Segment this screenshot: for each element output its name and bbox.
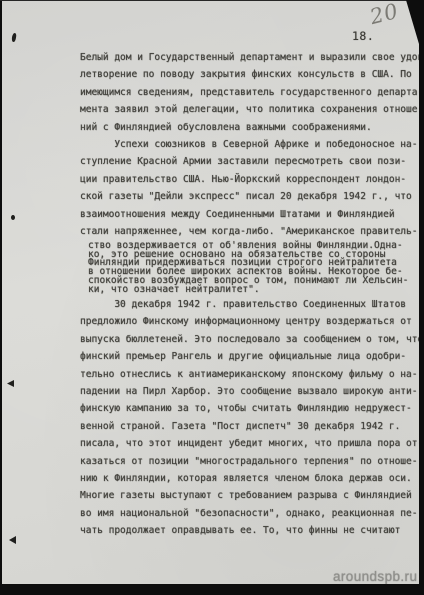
- text-line: ской газеты "Дейли экспресс" писал 20 де…: [80, 188, 424, 205]
- text-line: летворение по поводу закрытия финских ко…: [80, 66, 424, 83]
- scan-edge-right: [419, 0, 424, 595]
- staple-hole-mark-2: [11, 215, 15, 220]
- text-line: имеющимся сведениям, представитель госуд…: [80, 84, 424, 101]
- text-line: чать продолжает оправдывать ее. То, что …: [80, 522, 424, 539]
- text-line: выпуска бюллетеней. Это последовало за с…: [80, 331, 424, 348]
- scanned-document-page: 20 18. Белый дом и Государственный депар…: [0, 0, 424, 595]
- watermark: aroundspb.ru: [333, 569, 417, 584]
- text-line: Успехи союзников в Северной Африке и поб…: [80, 136, 424, 153]
- text-line: финскую кампанию за то, чтобы считать Фи…: [80, 400, 424, 417]
- text-line: падении на Пирл Харбор. Это сообщение вы…: [80, 383, 424, 400]
- text-line: тельно отнеслись к антиамериканскому япо…: [80, 366, 424, 383]
- text-line: финский премьер Рангель и другие официал…: [80, 348, 424, 365]
- text-line: нию к Финляндии, которая является членом…: [80, 470, 424, 487]
- scan-edge-left: [0, 0, 2, 595]
- text-line: ступление Красной Армии заставили пересм…: [80, 153, 424, 170]
- scan-edge-top: [0, 0, 424, 1]
- text-line: ции правительство США. Нью-Йоркский корр…: [80, 171, 424, 188]
- text-line: Белый дом и Государственный департамент …: [80, 49, 424, 66]
- text-line: писала, что этот инцидент убедит многих,…: [80, 435, 424, 452]
- typed-page-number: 18.: [352, 29, 374, 43]
- text-line: во имя национальной "безопасности", одна…: [80, 505, 424, 522]
- paragraph-block-1: Белый дом и Государственный департамент …: [80, 49, 424, 240]
- text-line: взаимоотношения между Соединенными Штата…: [80, 206, 424, 223]
- text-line: предложило Финскому информационному цент…: [80, 313, 424, 330]
- text-line: Многие газеты выступают с требованием ра…: [80, 487, 424, 504]
- text-line: казаться от позиции "многострадального т…: [80, 453, 424, 470]
- text-line: 30 декабря 1942 г. правительство Соедине…: [80, 296, 424, 313]
- scan-edge-bottom: [0, 584, 424, 595]
- text-line: ки, что означает нейтралитет".: [88, 286, 424, 295]
- text-line: мента заявил этой делегации, что политик…: [80, 101, 424, 118]
- text-line: венной страной. Газета "Пост диспетч" 30…: [80, 418, 424, 435]
- quoted-excerpt-block: ство воздерживается от об'явления войны …: [88, 242, 424, 294]
- text-line: стали напряженнее, чем когда-либо. "Амер…: [80, 223, 424, 240]
- text-line: ний с Финляндией обусловлена важными соо…: [80, 119, 424, 136]
- paragraph-block-2: 30 декабря 1942 г. правительство Соедине…: [80, 296, 424, 540]
